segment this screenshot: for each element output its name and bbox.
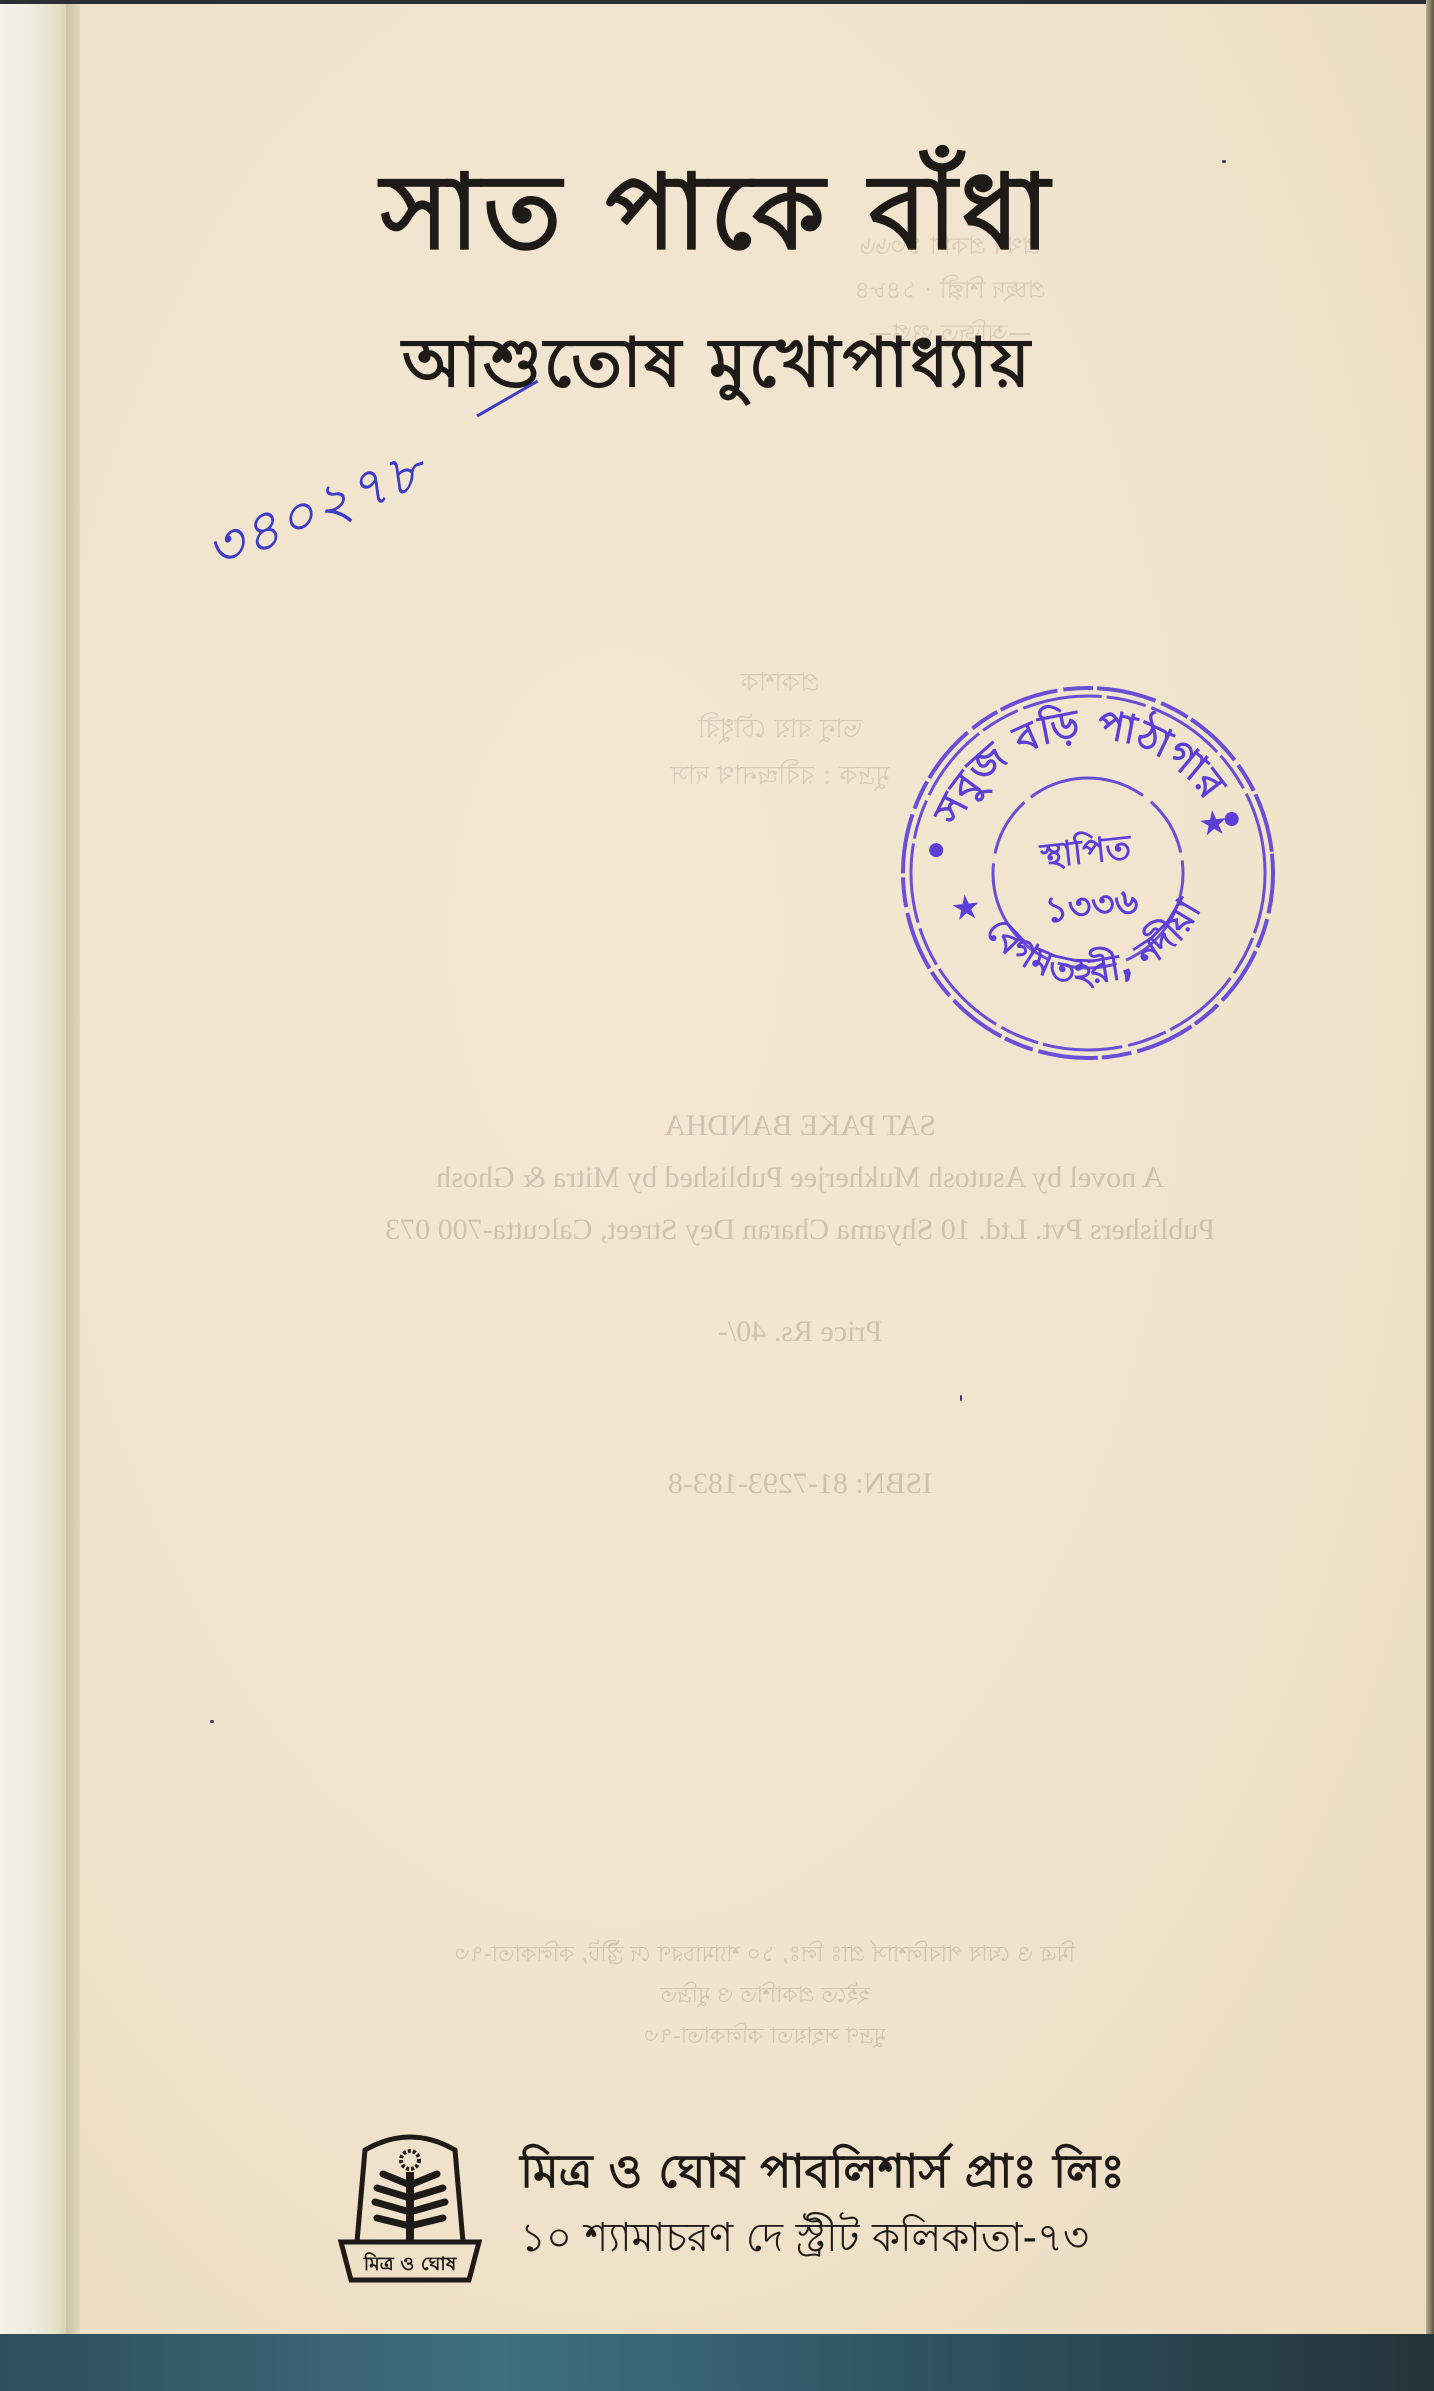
svg-text:★: ★ (1196, 802, 1230, 845)
show-through-line: A novel by Asutosh Mukherjee Published b… (180, 1157, 1420, 1199)
show-through-line: Price Rs. 40/- (180, 1311, 1420, 1353)
svg-text:স্থাপিত: স্থাপিত (1038, 826, 1135, 877)
book-title: সাত পাকে বাঁধা (0, 160, 1434, 264)
show-through-english: SAT PAKE BANDHA A novel by Asutosh Mukhe… (180, 1105, 1420, 1515)
show-through-line: ISBN: 81-7293-183-8 (180, 1463, 1420, 1505)
show-through-line: Publishers Pvt. Ltd. 10 Shyama Charan De… (180, 1209, 1420, 1251)
paper-speck (1222, 160, 1226, 163)
show-through-line: প্রচ্ছদ শিল্পী · ১৪৮৪ (760, 274, 1140, 308)
show-through-line: হইতে প্রকাশিত ও মুদ্রিত (200, 1981, 1330, 2012)
show-through-line: SAT PAKE BANDHA (180, 1105, 1420, 1147)
publisher-logo: মিত্র ও ঘোষ (335, 2130, 485, 2285)
paper-speck (210, 1720, 214, 1723)
stamp-circle-icon: • সবুজ বড়ি পাঠাগার • বেগমতহরী, নদীয়া স… (869, 658, 1308, 1088)
svg-text:মিত্র ও ঘোষ: মিত্র ও ঘোষ (363, 2252, 458, 2275)
paper-speck (960, 1395, 962, 1401)
scan-background-band (0, 2334, 1434, 2391)
show-through-line: মুদ্রণ সহায়তা কলিকাতা-৭৩ (200, 2022, 1330, 2053)
publisher-address: ১০ শ্যামাচরণ দে স্ট্রীট কলিকাতা-৭৩ (520, 2218, 1089, 2258)
publisher-name: মিত্র ও ঘোষ পাবলিশার্স প্রাঃ লিঃ (520, 2148, 1125, 2194)
book-author: আশুতোষ মুখোপাধ্যায় (0, 330, 1434, 398)
svg-text:১৩৩৬: ১৩৩৬ (1043, 881, 1140, 932)
library-stamp: • সবুজ বড়ি পাঠাগার • বেগমতহরী, নদীয়া স… (869, 658, 1308, 1088)
show-through-bottom: মিত্র ও ঘোষ পাবলিশার্স প্রাঃ লিঃ, ১০ শ্য… (200, 1940, 1330, 2062)
show-through-line: মিত্র ও ঘোষ পাবলিশার্স প্রাঃ লিঃ, ১০ শ্য… (200, 1940, 1330, 1971)
tree-logo-icon: মিত্র ও ঘোষ (335, 2130, 485, 2285)
svg-text:★: ★ (949, 886, 983, 929)
